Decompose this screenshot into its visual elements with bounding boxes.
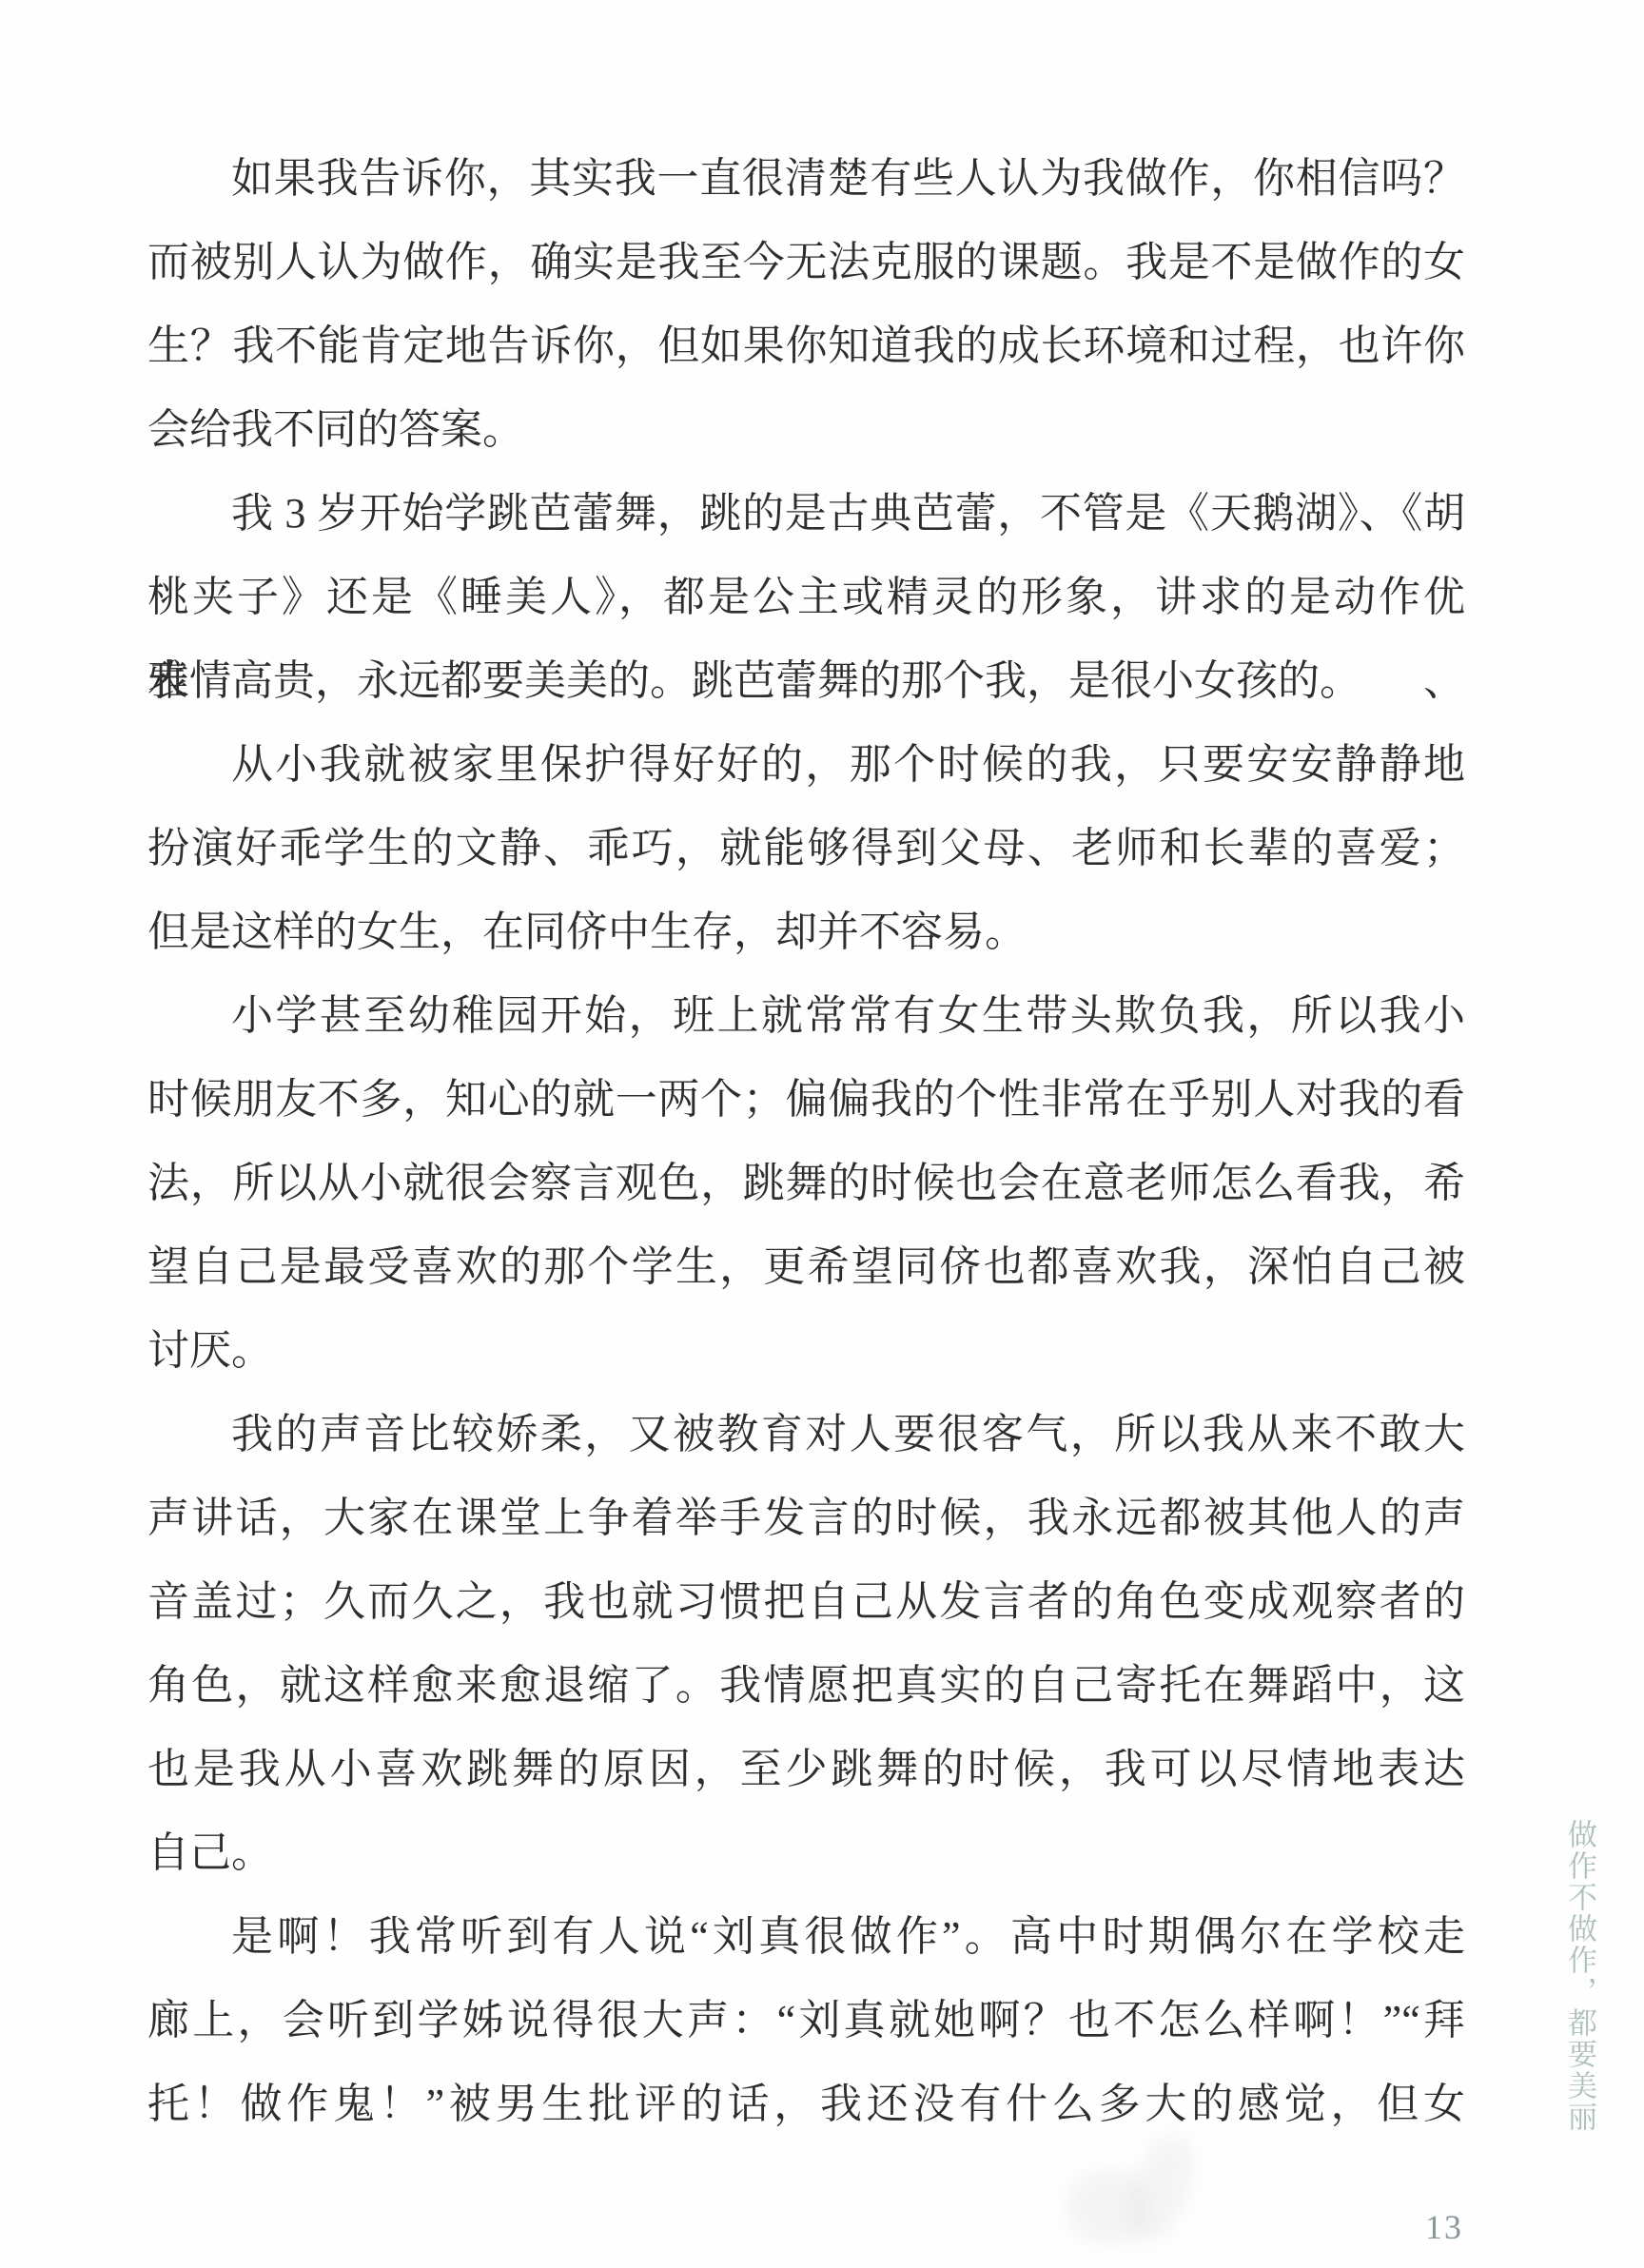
page-number: 13: [1425, 2207, 1463, 2247]
text-line: 声讲话，大家在课堂上争着举手发言的时候，我永远都被其他人的声: [147, 1476, 1465, 1560]
text-line: 但是这样的女生，在同侪中生存，却并不容易。: [147, 890, 1465, 974]
text-line: 法，所以从小就很会察言观色，跳舞的时候也会在意老师怎么看我，希: [147, 1142, 1465, 1225]
text-line: 如果我告诉你，其实我一直很清楚有些人认为我做作，你相信吗？: [147, 137, 1465, 221]
text-line: 是啊！我常听到有人说“刘真很做作”。高中时期偶尔在学校走: [147, 1895, 1465, 1979]
text-line: 小学甚至幼稚园开始，班上就常常有女生带头欺负我，所以我小: [147, 974, 1465, 1058]
text-line: 讨厌。: [147, 1309, 1465, 1393]
text-line: 扮演好乖学生的文静、乖巧，就能够得到父母、老师和长辈的喜爱；: [147, 807, 1465, 890]
text-line: 我的声音比较娇柔，又被教育对人要很客气，所以我从来不敢大: [147, 1393, 1465, 1476]
text-line: 我 3 岁开始学跳芭蕾舞，跳的是古典芭蕾，不管是《天鹅湖》、《胡: [147, 472, 1465, 556]
text-line: 也是我从小喜欢跳舞的原因，至少跳舞的时候，我可以尽情地表达: [147, 1728, 1465, 1811]
text-line: 桃夹子》还是《睡美人》，都是公主或精灵的形象，讲求的是动作优雅、: [147, 556, 1465, 639]
text-line: 廊上，会听到学姊说得很大声：“刘真就她啊？也不怎么样啊！”“拜: [147, 1979, 1465, 2063]
text-line: 时候朋友不多，知心的就一两个；偏偏我的个性非常在乎别人对我的看: [147, 1058, 1465, 1142]
text-line: 角色，就这样愈来愈退缩了。我情愿把真实的自己寄托在舞蹈中，这: [147, 1644, 1465, 1728]
text-line: 音盖过；久而久之，我也就习惯把自己从发言者的角色变成观察者的: [147, 1560, 1465, 1644]
text-line: 生？我不能肯定地告诉你，但如果你知道我的成长环境和过程，也许你: [147, 304, 1465, 388]
text-line: 会给我不同的答案。: [147, 388, 1465, 472]
body-text: 如果我告诉你，其实我一直很清楚有些人认为我做作，你相信吗？而被别人认为做作，确实…: [147, 137, 1465, 2146]
page-edge-chapter-title: 做作不做作，都要美丽: [1558, 1819, 1601, 2133]
text-line: 表情高贵，永远都要美美的。跳芭蕾舞的那个我，是很小女孩的。: [147, 639, 1465, 723]
text-line: 自己。: [147, 1811, 1465, 1895]
text-line: 望自己是最受喜欢的那个学生，更希望同侪也都喜欢我，深怕自己被: [147, 1225, 1465, 1309]
text-line: 托！做作鬼！”被男生批评的话，我还没有什么多大的感觉，但女: [147, 2063, 1465, 2146]
text-line: 从小我就被家里保护得好好的，那个时候的我，只要安安静静地: [147, 723, 1465, 807]
book-page: 如果我告诉你，其实我一直很清楚有些人认为我做作，你相信吗？而被别人认为做作，确实…: [0, 0, 1644, 2268]
text-line: 而被别人认为做作，确实是我至今无法克服的课题。我是不是做作的女: [147, 221, 1465, 304]
